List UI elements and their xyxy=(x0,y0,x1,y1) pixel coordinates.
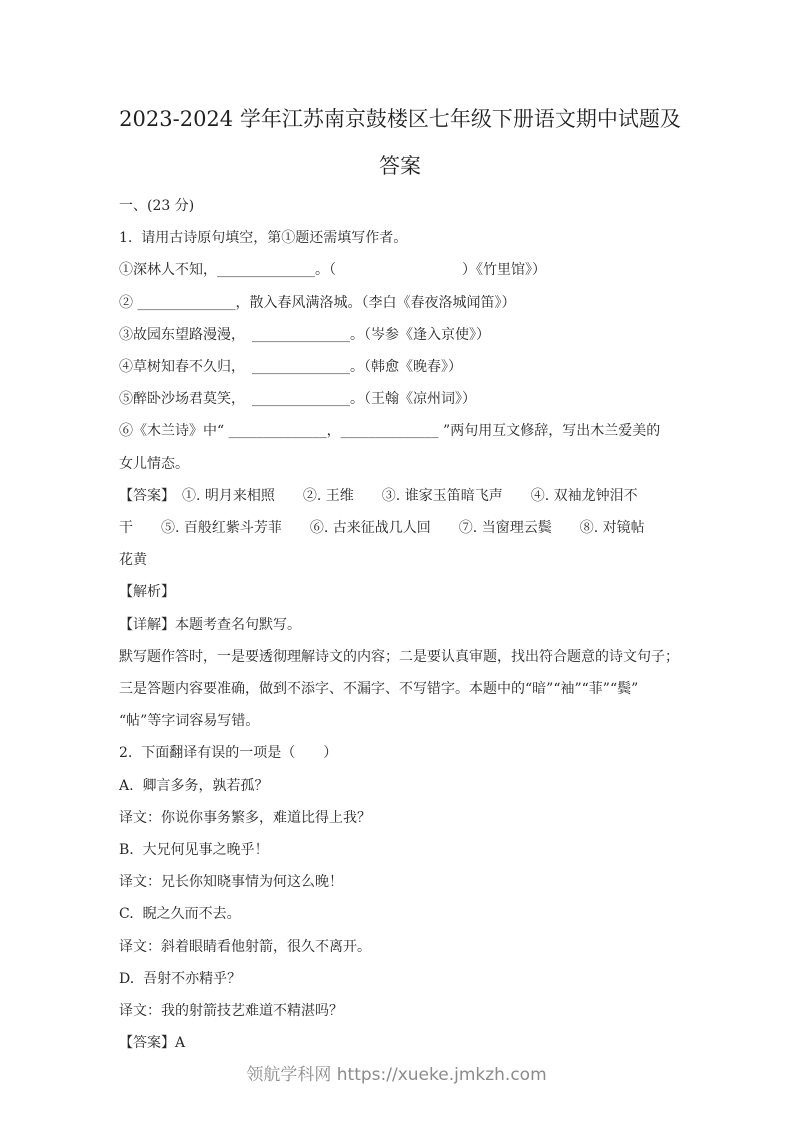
q2-option-c: C. 睨之久而不去。 xyxy=(119,898,681,930)
q2-option-a: A. 卿言多务，孰若孤？ xyxy=(119,770,681,802)
q2-option-b-translation: 译文：兄长你知晓事情为何这么晚！ xyxy=(119,866,681,898)
q1-blank-item-2: ② ______________，散入春风满洛城。（李白《春夜洛城闻笛》） xyxy=(119,287,681,319)
q2-option-d: D. 吾射不亦精乎？ xyxy=(119,963,681,995)
q1-answer-line-1: 【答案】 ①. 明月来相照 ②. 王维 ③. 谁家玉笛暗飞声 ④. 双袖龙钟泪不 xyxy=(119,480,681,512)
document-title-line-2: 答案 xyxy=(119,143,681,190)
q1-note-line-1: 默写题作答时，一是要透彻理解诗文的内容；二是要认真审题，找出符合题意的诗文句子； xyxy=(119,641,681,673)
q2-stem: 2. 下面翻译有误的一项是（ ） xyxy=(119,737,681,769)
q1-blank-item-1: ①深林人不知，______________。（ ）《竹里馆》） xyxy=(119,254,681,286)
q1-blank-item-3: ③故园东望路漫漫， ______________。（岑参《逢入京使》） xyxy=(119,319,681,351)
footer-watermark: 领航学科网 https://xueke.jmkzh.com xyxy=(0,1060,793,1090)
q1-blank-item-6-continuation: 女儿情态。 xyxy=(119,448,681,480)
q2-option-d-translation: 译文：我的射箭技艺难道不精湛吗？ xyxy=(119,995,681,1027)
q1-answer-line-3: 花黄 xyxy=(119,544,681,576)
section-1-header: 一、(23 分) xyxy=(119,190,681,222)
q1-blank-item-6: ⑥《木兰诗》中“ ______________，______________ ”… xyxy=(119,415,681,447)
q1-note-line-3: “帖”等字词容易写错。 xyxy=(119,705,681,737)
document-title-line-1: 2023-2024 学年江苏南京鼓楼区七年级下册语文期中试题及 xyxy=(119,96,681,143)
q1-blank-item-5: ⑤醉卧沙场君莫笑， ______________。（王翰《凉州词》） xyxy=(119,383,681,415)
document-body: 2023-2024 学年江苏南京鼓楼区七年级下册语文期中试题及 答案 一、(23… xyxy=(119,96,681,1059)
q1-analysis-label: 【解析】 xyxy=(119,576,681,608)
q2-option-a-translation: 译文：你说你事务繁多，难道比得上我？ xyxy=(119,802,681,834)
q1-note-line-2: 三是答题内容要准确，做到不添字、不漏字、不写错字。本题中的“暗”“袖”“菲”“鬓… xyxy=(119,673,681,705)
q2-answer: 【答案】A xyxy=(119,1027,681,1059)
q1-explanation: 【详解】本题考查名句默写。 xyxy=(119,609,681,641)
q1-answer-line-2: 干 ⑤. 百般红紫斗芳菲 ⑥. 古来征战几人回 ⑦. 当窗理云鬓 ⑧. 对镜帖 xyxy=(119,512,681,544)
q1-stem: 1. 请用古诗原句填空，第①题还需填写作者。 xyxy=(119,222,681,254)
q2-option-c-translation: 译文：斜着眼睛看他射箭，很久不离开。 xyxy=(119,931,681,963)
exam-document-page: 2023-2024 学年江苏南京鼓楼区七年级下册语文期中试题及 答案 一、(23… xyxy=(0,0,793,1122)
q2-option-b: B. 大兄何见事之晚乎！ xyxy=(119,834,681,866)
q1-blank-item-4: ④草树知春不久归， ______________。（韩愈《晚春》） xyxy=(119,351,681,383)
